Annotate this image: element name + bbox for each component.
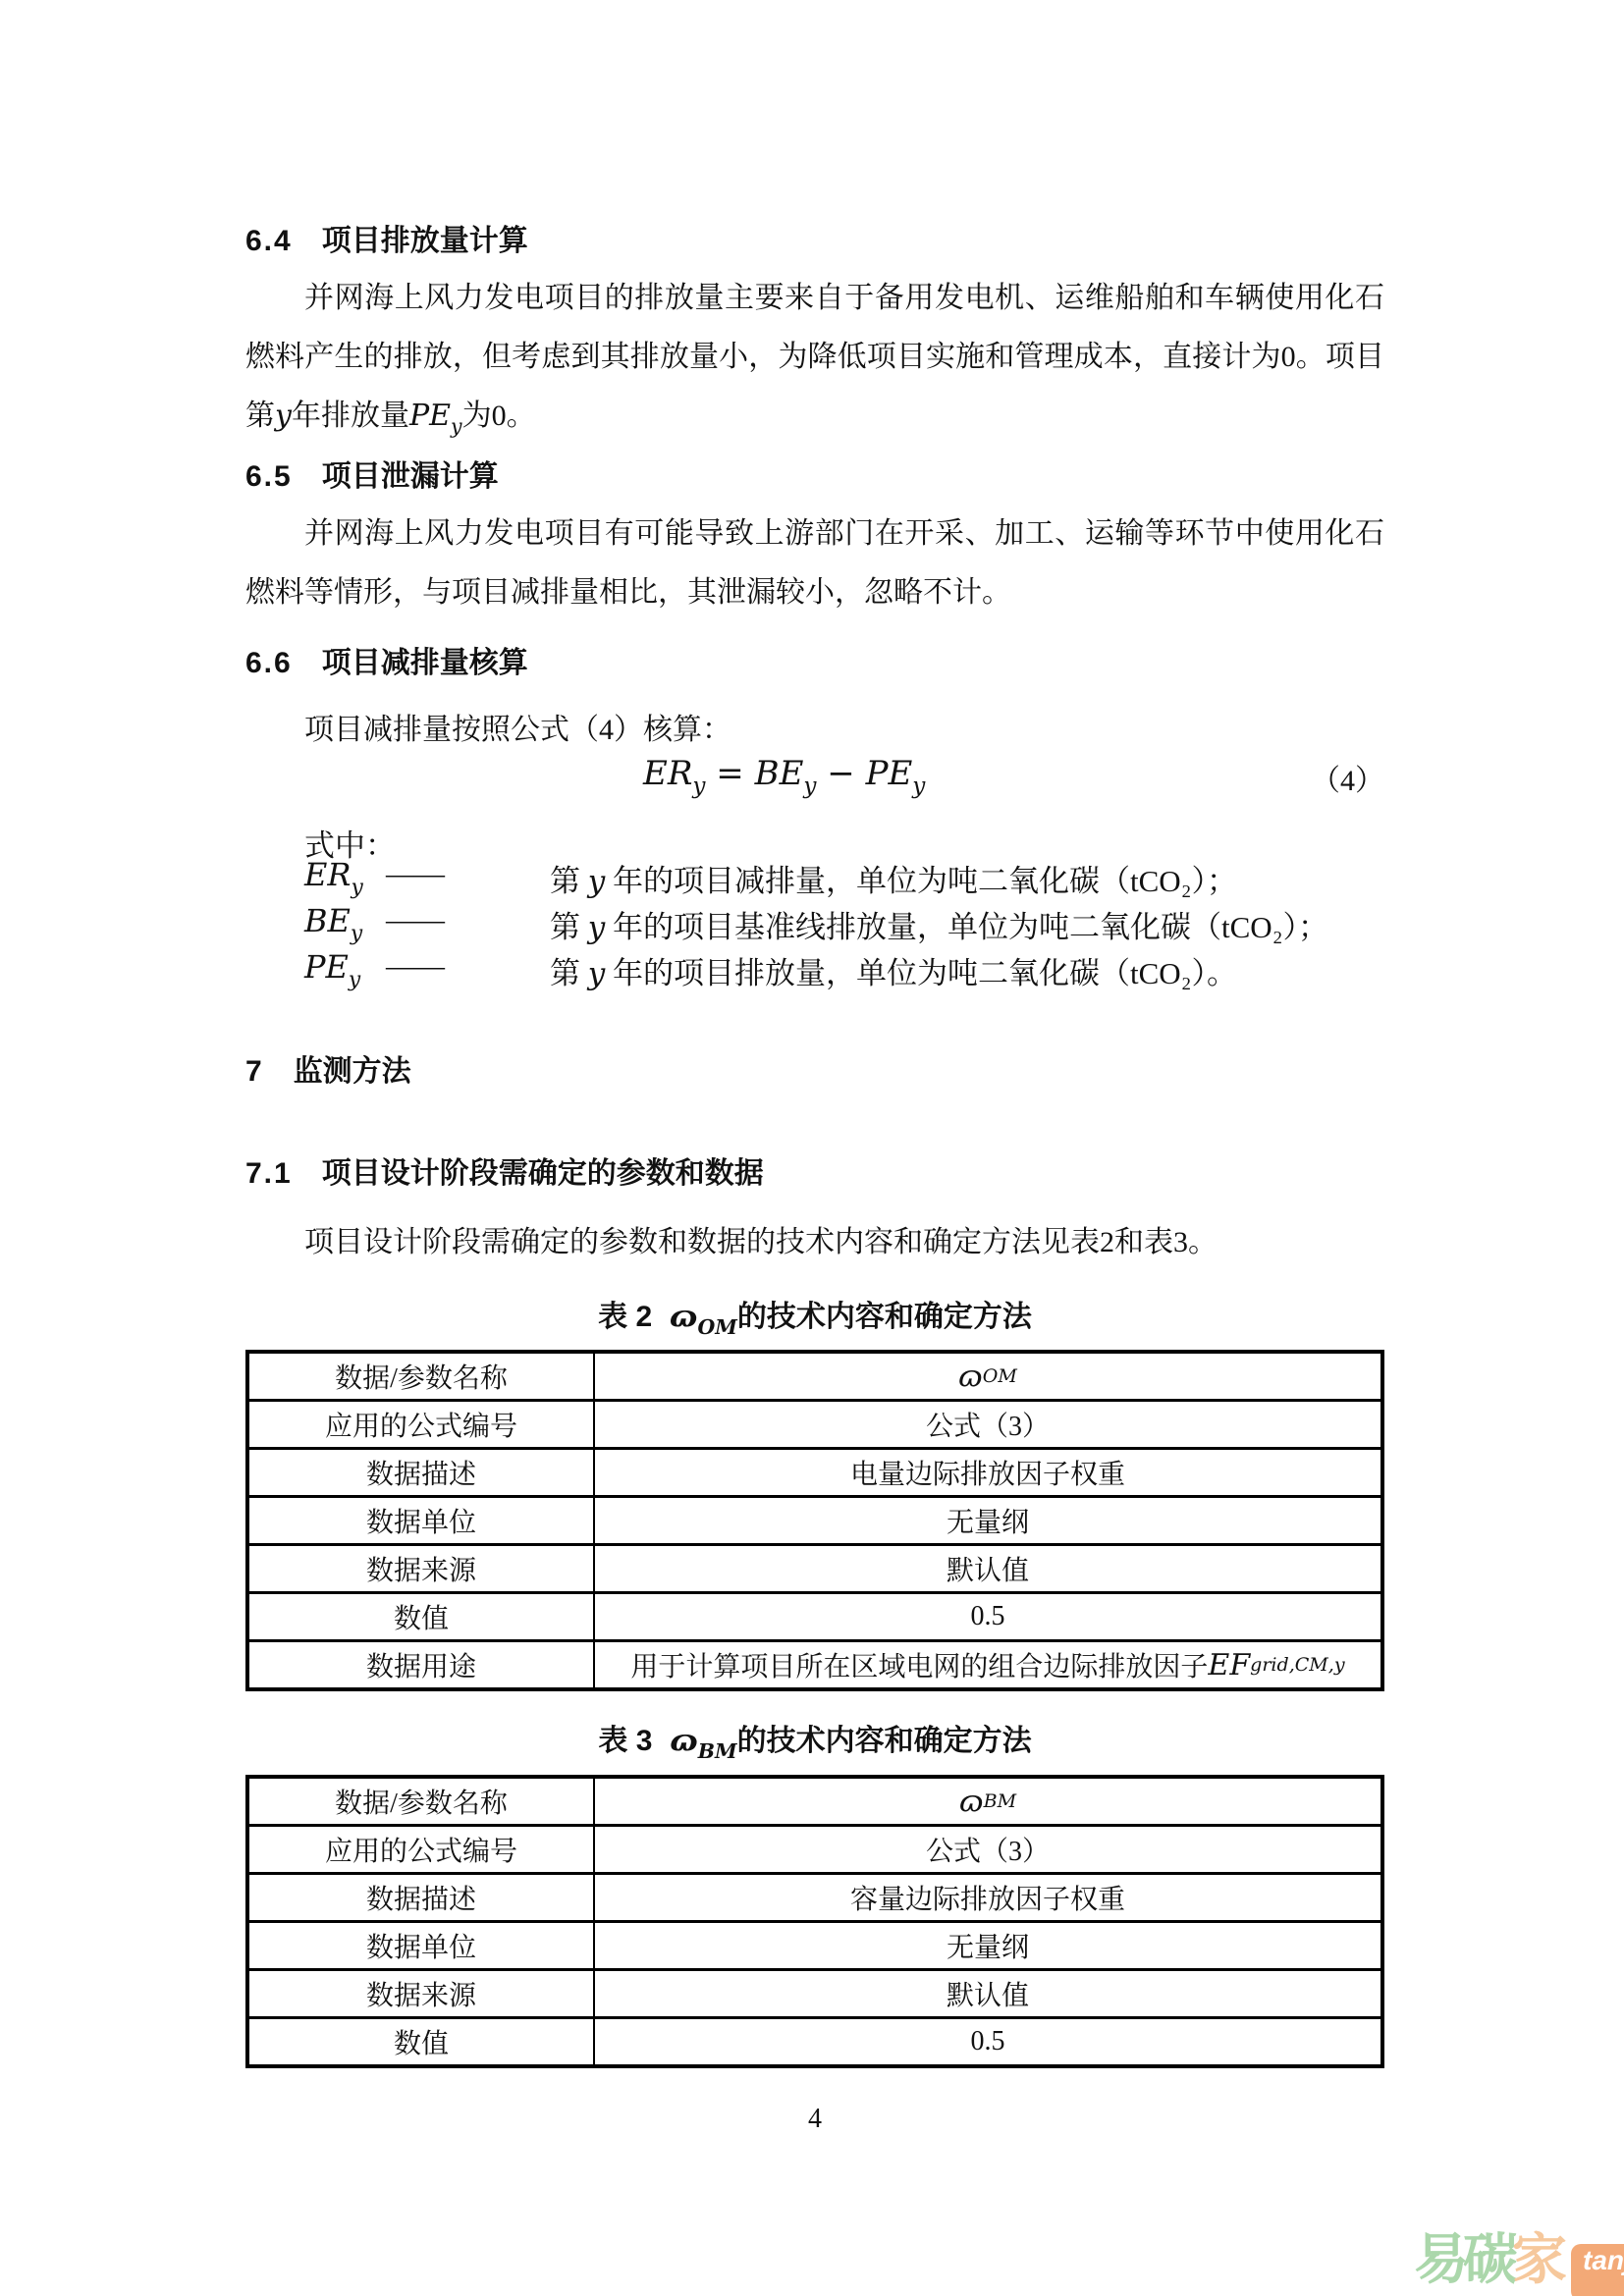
table-row: 数据来源 默认值 [249, 1546, 1380, 1594]
table-3-caption: 表 3ɷBM的技术内容和确定方法 [245, 1716, 1384, 1763]
definition-dash: —— [386, 948, 550, 984]
paragraph-7-1: 项目设计阶段需确定的参数和数据的技术内容和确定方法见表2和表3。 [245, 1213, 1384, 1272]
math-symbol-er: ER [304, 856, 351, 893]
math-symbol-omega: ɷ [958, 1360, 983, 1394]
math-symbol-omega: ɷ [670, 1724, 697, 1758]
math-symbol-pe: PE [409, 399, 451, 433]
table-2: 数据/参数名称 ɷOM 应用的公式编号 公式（3） 数据描述 电量边际排放因子权… [245, 1350, 1384, 1691]
math-symbol-be: BE [755, 754, 804, 793]
table-row: 数据单位 无量纲 [249, 1498, 1380, 1546]
table-row: 数据描述 容量边际排放因子权重 [249, 1875, 1380, 1923]
heading-7-1: 7.1项目设计阶段需确定的参数和数据 [245, 1148, 1384, 1192]
paragraph-6-4: 并网海上风力发电项目的排放量主要来自于备用发电机、运维船舶和车辆使用化石燃料产生… [245, 269, 1384, 455]
table-row: 应用的公式编号 公式（3） [249, 1827, 1380, 1875]
row-label: 数值 [249, 1594, 595, 1639]
row-value: 默认值 [595, 1546, 1380, 1591]
definition-text: 第 [550, 956, 588, 990]
paragraph-6-6: 项目减排量按照公式（4）核算： [245, 701, 1384, 760]
paragraph-text: 年排放量 [292, 400, 409, 432]
math-symbol-omega: ɷ [670, 1300, 697, 1334]
definition-text: 第 [550, 864, 588, 898]
math-var-y: y [275, 399, 292, 433]
heading-number: 7.1 [245, 1157, 293, 1190]
math-symbol-pe: PE [304, 948, 349, 986]
row-value: 电量边际排放因子权重 [595, 1450, 1380, 1495]
row-label: 数据/参数名称 [249, 1354, 595, 1399]
formula-expression: ERy = BEy − PEy [643, 754, 925, 799]
row-value: 无量纲 [595, 1923, 1380, 1968]
row-value: 公式（3） [595, 1402, 1380, 1447]
row-label: 数据来源 [249, 1546, 595, 1591]
usage-text: 用于计算项目所在区域电网的组合边际排放因子 [630, 1645, 1208, 1684]
definition-row-be: BEy —— 第 y 年的项目基准线排放量，单位为吨二氧化碳（tCO₂）； [304, 902, 1384, 948]
math-var-y: y [588, 864, 606, 899]
math-subscript: y [692, 774, 705, 799]
math-subscript: y [451, 414, 462, 438]
equation-number: （4） [1311, 756, 1384, 799]
table-row: 数据/参数名称 ɷOM [249, 1354, 1380, 1402]
heading-6-5: 6.5项目泄漏计算 [245, 452, 1384, 495]
heading-7: 7监测方法 [245, 1046, 1384, 1090]
paragraph-text: 项目减排量按照公式（4）核算： [304, 714, 731, 746]
definition-dash: —— [386, 856, 550, 891]
row-value: ɷBM [595, 1779, 1380, 1824]
table-row: 数据单位 无量纲 [249, 1923, 1380, 1971]
math-subscript: y [351, 922, 362, 946]
math-subscript: y [912, 774, 925, 799]
definition-description: 第 y 年的项目减排量，单位为吨二氧化碳（tCO₂）； [550, 856, 1384, 900]
definition-text: 年的项目排放量，单位为吨二氧化碳（tCO₂）。 [605, 956, 1237, 990]
paragraph-text: 项目设计阶段需确定的参数和数据的技术内容和确定方法见表2和表3。 [304, 1226, 1218, 1258]
equals-sign: = [705, 754, 754, 793]
math-var-y: y [588, 956, 606, 991]
heading-number: 6.6 [245, 647, 293, 679]
table-row: 数据来源 默认值 [249, 1971, 1380, 2019]
math-subscript: OM [698, 1315, 737, 1339]
row-label: 数据描述 [249, 1875, 595, 1920]
row-value: 默认值 [595, 1971, 1380, 2016]
definition-symbol: BEy [304, 902, 386, 946]
watermark-char-yi: 易 [1414, 2232, 1463, 2287]
table-2-caption: 表 2ɷOM的技术内容和确定方法 [245, 1292, 1384, 1339]
row-label: 应用的公式编号 [249, 1827, 595, 1872]
math-symbol-be: BE [304, 902, 351, 939]
definition-symbol: PEy [304, 948, 386, 992]
table-row: 数据/参数名称 ɷBM [249, 1779, 1380, 1827]
heading-6-4: 6.4项目排放量计算 [245, 216, 1384, 259]
table-row: 数据描述 电量边际排放因子权重 [249, 1450, 1380, 1498]
definition-text: 年的项目基准线排放量，单位为吨二氧化碳（tCO₂）； [605, 910, 1328, 944]
math-subscript: BM [984, 1790, 1016, 1812]
caption-prefix: 表 3 [598, 1725, 652, 1757]
formula-4: ERy = BEy − PEy （4） [245, 754, 1384, 813]
heading-6-6: 6.6项目减排量核算 [245, 638, 1384, 681]
definition-symbol: ERy [304, 856, 386, 900]
heading-title: 项目排放量计算 [322, 225, 528, 257]
math-subscript: BM [698, 1739, 737, 1763]
definition-list: ERy —— 第 y 年的项目减排量，单位为吨二氧化碳（tCO₂）； BEy —… [245, 856, 1384, 994]
paragraph-text: 为0。 [462, 400, 536, 432]
definition-description: 第 y 年的项目排放量，单位为吨二氧化碳（tCO₂）。 [550, 948, 1384, 992]
table-row: 数值 0.5 [249, 1594, 1380, 1642]
definition-row-er: ERy —— 第 y 年的项目减排量，单位为吨二氧化碳（tCO₂）； [304, 856, 1384, 902]
document-page: 6.4项目排放量计算 并网海上风力发电项目的排放量主要来自于备用发电机、运维船舶… [0, 0, 1624, 2296]
math-symbol-ef: EF [1208, 1648, 1250, 1682]
paragraph-text: 并网海上风力发电项目有可能导致上游部门在开采、加工、运输等环节中使用化石燃料等情… [245, 517, 1384, 609]
math-subscript: y [349, 968, 360, 992]
row-value: 0.5 [595, 1594, 1380, 1639]
watermark-char-jia: 家 [1512, 2232, 1561, 2287]
table-row: 应用的公式编号 公式（3） [249, 1402, 1380, 1450]
caption-text: 的技术内容和确定方法 [737, 1725, 1032, 1757]
table-3: 数据/参数名称 ɷBM 应用的公式编号 公式（3） 数据描述 容量边际排放因子权… [245, 1775, 1384, 2068]
row-value: 用于计算项目所在区域电网的组合边际排放因子EFgrid,CM,y [595, 1642, 1380, 1687]
watermark-badge-domain: .com [1583, 2274, 1624, 2296]
watermark-logo: 易 碳 家 tanjiaoyi .com [1414, 2232, 1624, 2296]
row-label: 数据描述 [249, 1450, 595, 1495]
page-number: 4 [245, 2104, 1384, 2135]
watermark-char-tan: 碳 [1463, 2232, 1512, 2287]
heading-title: 监测方法 [294, 1055, 411, 1088]
row-value: ɷOM [595, 1354, 1380, 1399]
row-label: 数据/参数名称 [249, 1779, 595, 1824]
row-label: 数据单位 [249, 1498, 595, 1543]
math-symbol-omega: ɷ [959, 1785, 984, 1819]
definition-dash: —— [386, 902, 550, 937]
definition-text: 第 [550, 910, 588, 944]
heading-title: 项目泄漏计算 [322, 460, 499, 493]
definition-description: 第 y 年的项目基准线排放量，单位为吨二氧化碳（tCO₂）； [550, 902, 1384, 946]
row-label: 数据单位 [249, 1923, 595, 1968]
math-subscript: y [803, 774, 816, 799]
heading-number: 7 [245, 1055, 264, 1088]
heading-number: 6.5 [245, 460, 293, 493]
watermark-badge-text: tanjiaoyi [1583, 2247, 1624, 2274]
row-value: 0.5 [595, 2019, 1380, 2064]
heading-title: 项目减排量核算 [322, 647, 528, 679]
heading-title: 项目设计阶段需确定的参数和数据 [322, 1157, 764, 1190]
caption-prefix: 表 2 [598, 1301, 652, 1333]
math-symbol-pe: PE [866, 754, 913, 793]
heading-number: 6.4 [245, 225, 293, 257]
row-value: 公式（3） [595, 1827, 1380, 1872]
table-row: 数值 0.5 [249, 2019, 1380, 2064]
row-label: 数据用途 [249, 1642, 595, 1687]
math-subscript: OM [983, 1365, 1017, 1387]
table-row: 数据用途 用于计算项目所在区域电网的组合边际排放因子EFgrid,CM,y [249, 1642, 1380, 1687]
math-var-y: y [588, 910, 606, 945]
watermark-badge: tanjiaoyi .com [1571, 2244, 1624, 2296]
caption-text: 的技术内容和确定方法 [737, 1301, 1032, 1333]
definition-row-pe: PEy —— 第 y 年的项目排放量，单位为吨二氧化碳（tCO₂）。 [304, 948, 1384, 994]
math-symbol-er: ER [643, 754, 692, 793]
math-subscript: grid,CM,y [1250, 1654, 1344, 1676]
minus-sign: − [816, 754, 865, 793]
paragraph-6-5: 并网海上风力发电项目有可能导致上游部门在开采、加工、运输等环节中使用化石燃料等情… [245, 505, 1384, 622]
math-subscript: y [351, 876, 362, 900]
row-label: 数据来源 [249, 1971, 595, 2016]
row-label: 应用的公式编号 [249, 1402, 595, 1447]
row-value: 容量边际排放因子权重 [595, 1875, 1380, 1920]
row-value: 无量纲 [595, 1498, 1380, 1543]
row-label: 数值 [249, 2019, 595, 2064]
definition-text: 年的项目减排量，单位为吨二氧化碳（tCO₂）； [605, 864, 1237, 898]
